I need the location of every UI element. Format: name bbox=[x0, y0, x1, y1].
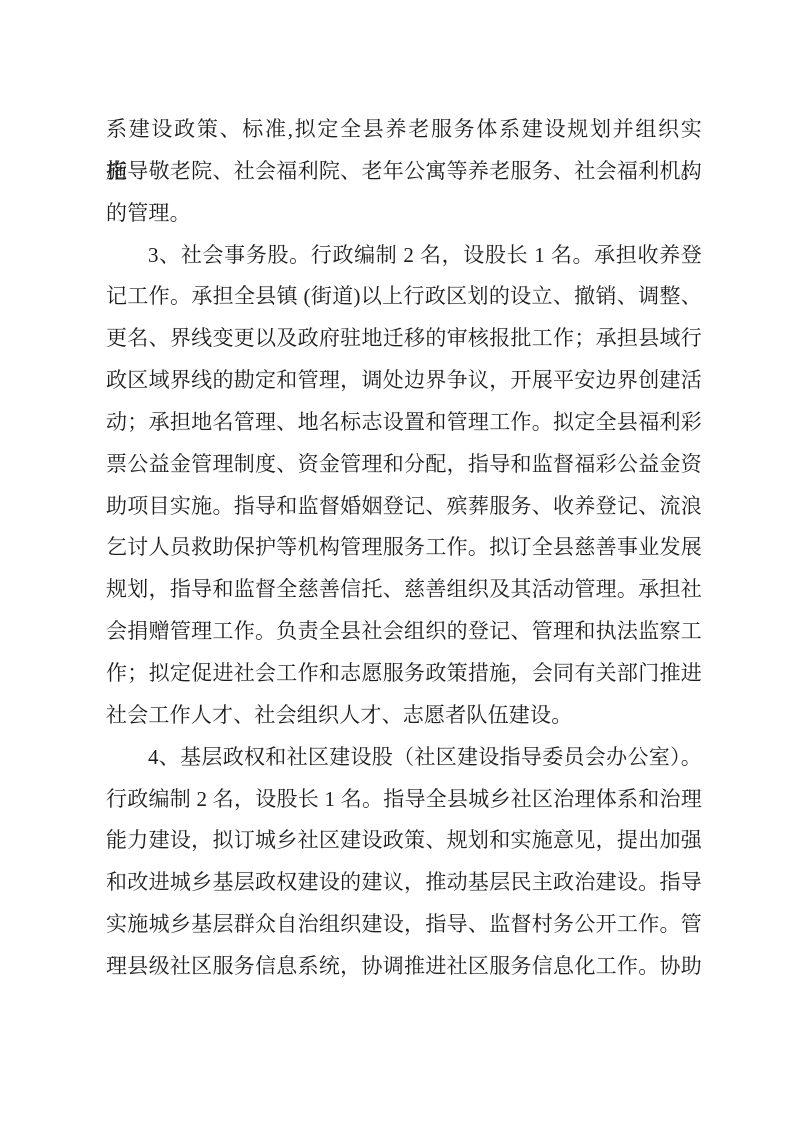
text-line: 规划，指导和监督全慈善信托、慈善组织及其活动管理。承担社 bbox=[106, 569, 702, 611]
text-line: 记工作。承担全县镇 (街道)以上行政区划的设立、撤销、调整、 bbox=[106, 276, 702, 318]
text-line: 乞讨人员救助保护等机构管理服务工作。拟订全县慈善事业发展 bbox=[106, 527, 702, 569]
text-line: 和改进城乡基层政权建设的建议，推动基层民主政治建设。指导 bbox=[106, 862, 702, 904]
text-line: 能力建设，拟订城乡社区建设政策、规划和实施意见，提出加强 bbox=[106, 820, 702, 862]
text-line: 政区域界线的勘定和管理，调处边界争议，开展平安边界创建活 bbox=[106, 360, 702, 402]
text-line: 票公益金管理制度、资金管理和分配，指导和监督福彩公益金资 bbox=[106, 444, 702, 486]
text-line: 4、基层政权和社区建设股（社区建设指导委员会办公室）。 bbox=[106, 737, 702, 779]
document-page: 系建设政策、标准,拟定全县养老服务体系建设规划并组织实施。指导敬老院、社会福利院… bbox=[0, 0, 793, 1122]
text-line: 实施城乡基层群众自治组织建设，指导、监督村务公开工作。管 bbox=[106, 904, 702, 946]
text-line: 指导敬老院、社会福利院、老年公寓等养老服务、社会福利机构 bbox=[106, 151, 702, 193]
text-line: 社会工作人才、社会组织人才、志愿者队伍建设。 bbox=[106, 695, 702, 737]
document-body: 系建设政策、标准,拟定全县养老服务体系建设规划并组织实施。指导敬老院、社会福利院… bbox=[106, 109, 702, 988]
text-line: 的管理。 bbox=[106, 193, 702, 235]
text-line: 行政编制 2 名，设股长 1 名。指导全县城乡社区治理体系和治理 bbox=[106, 779, 702, 821]
text-line: 更名、界线变更以及政府驻地迁移的审核报批工作；承担县域行 bbox=[106, 318, 702, 360]
text-line: 系建设政策、标准,拟定全县养老服务体系建设规划并组织实施。 bbox=[106, 109, 702, 151]
text-line: 助项目实施。指导和监督婚姻登记、殡葬服务、收养登记、流浪 bbox=[106, 486, 702, 528]
text-line: 动；承担地名管理、地名标志设置和管理工作。拟定全县福利彩 bbox=[106, 402, 702, 444]
text-line: 理县级社区服务信息系统，协调推进社区服务信息化工作。协助 bbox=[106, 946, 702, 988]
text-line: 3、社会事务股。行政编制 2 名，设股长 1 名。承担收养登 bbox=[106, 235, 702, 277]
text-line: 作；拟定促进社会工作和志愿服务政策措施，会同有关部门推进 bbox=[106, 653, 702, 695]
text-line: 会捐赠管理工作。负责全县社会组织的登记、管理和执法监察工 bbox=[106, 611, 702, 653]
